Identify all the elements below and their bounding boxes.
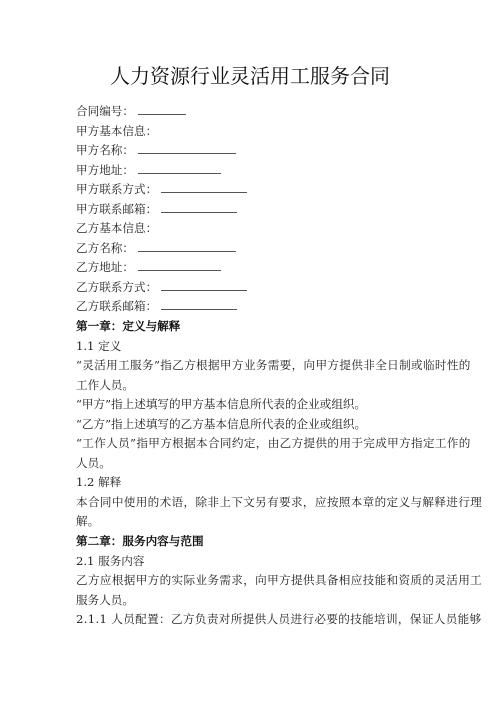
contract-title: 人力资源行业灵活用工服务合同: [0, 62, 500, 90]
header-fields: 合同编号：甲方基本信息：甲方名称：甲方地址：甲方联系方式：甲方联系邮箱：乙方基本…: [76, 102, 426, 317]
service-content-line-1: 乙方应根据甲方的实际业务需求，向甲方提供具备相应技能和资质的灵活用工: [76, 571, 426, 591]
section-1-2-heading: 1.2 解释: [76, 473, 426, 493]
field-label: 合同编号：: [76, 102, 134, 122]
fill-in-blank[interactable]: [138, 161, 221, 174]
section-2-1-1-staffing: 2.1.1 人员配置：乙方负责对所提供人员进行必要的技能培训，保证人员能够: [76, 610, 426, 630]
fill-in-blank[interactable]: [161, 278, 247, 291]
form-field-row: 甲方联系邮箱：: [76, 200, 426, 220]
section-label-row: 乙方基本信息：: [76, 219, 426, 239]
chapter-2-heading: 第二章：服务内容与范围: [76, 532, 426, 552]
section-1-1-heading: 1.1 定义: [76, 337, 426, 357]
definition-staff-line-2: 人员。: [76, 454, 426, 474]
definition-flexible-service-line-1: “灵活用工服务”指乙方根据甲方业务需要，向甲方提供非全日制或临时性的: [76, 356, 426, 376]
form-field-row: 乙方名称：: [76, 239, 426, 259]
field-label: 乙方联系方式：: [76, 278, 157, 298]
document-page: 人力资源行业灵活用工服务合同 合同编号：甲方基本信息：甲方名称：甲方地址：甲方联…: [0, 0, 500, 707]
field-label: 乙方地址：: [76, 258, 134, 278]
chapter-1-heading: 第一章：定义与解释: [76, 317, 426, 337]
field-label: 甲方地址：: [76, 161, 134, 181]
fill-in-blank[interactable]: [138, 141, 236, 154]
form-field-row: 合同编号：: [76, 102, 426, 122]
fill-in-blank[interactable]: [138, 258, 221, 271]
section-label-row: 甲方基本信息：: [76, 122, 426, 142]
form-field-row: 甲方联系方式：: [76, 180, 426, 200]
field-label: 甲方联系邮箱：: [76, 200, 157, 220]
fill-in-blank[interactable]: [161, 200, 237, 213]
interpretation-line-2: 解。: [76, 512, 426, 532]
fill-in-blank[interactable]: [161, 297, 237, 310]
form-field-row: 甲方地址：: [76, 161, 426, 181]
form-field-row: 乙方地址：: [76, 258, 426, 278]
definition-staff-line-1: “工作人员”指甲方根据本合同约定，由乙方提供的用于完成甲方指定工作的: [76, 434, 426, 454]
definition-flexible-service-line-2: 工作人员。: [76, 376, 426, 396]
service-content-line-2: 服务人员。: [76, 591, 426, 611]
form-field-row: 乙方联系邮箱：: [76, 297, 426, 317]
field-label: 甲方基本信息：: [76, 122, 157, 142]
form-field-row: 甲方名称：: [76, 141, 426, 161]
field-label: 乙方基本信息：: [76, 219, 157, 239]
definition-party-a: “甲方”指上述填写的甲方基本信息所代表的企业或组织。: [76, 395, 426, 415]
fill-in-blank[interactable]: [138, 102, 186, 115]
fill-in-blank[interactable]: [161, 180, 247, 193]
contract-body: 合同编号：甲方基本信息：甲方名称：甲方地址：甲方联系方式：甲方联系邮箱：乙方基本…: [76, 102, 426, 630]
form-field-row: 乙方联系方式：: [76, 278, 426, 298]
fill-in-blank[interactable]: [138, 239, 236, 252]
field-label: 乙方联系邮箱：: [76, 297, 157, 317]
section-2-1-heading: 2.1 服务内容: [76, 552, 426, 572]
definition-party-b: “乙方”指上述填写的乙方基本信息所代表的企业或组织。: [76, 415, 426, 435]
field-label: 甲方名称：: [76, 141, 134, 161]
field-label: 甲方联系方式：: [76, 180, 157, 200]
field-label: 乙方名称：: [76, 239, 134, 259]
interpretation-line-1: 本合同中使用的术语，除非上下文另有要求，应按照本章的定义与解释进行理: [76, 493, 426, 513]
